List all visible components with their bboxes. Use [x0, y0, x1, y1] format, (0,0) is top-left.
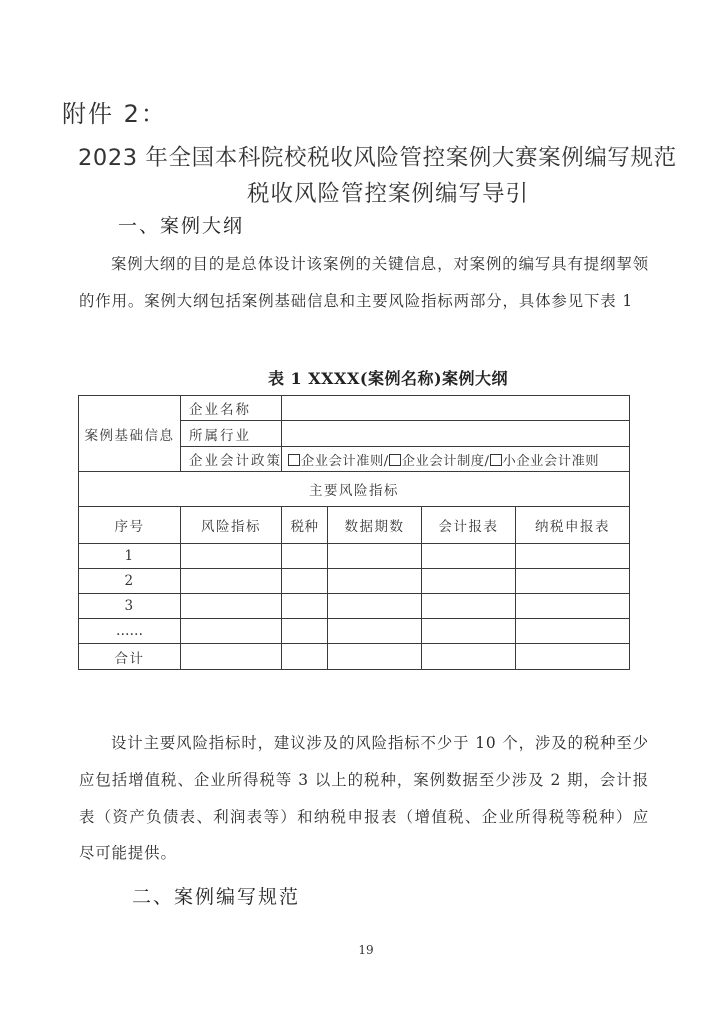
- cell: 合计: [79, 644, 181, 670]
- company-name-label: 企业名称: [181, 396, 282, 421]
- cell: [516, 644, 630, 670]
- cell: [181, 544, 282, 569]
- cell: 3: [79, 594, 181, 619]
- cell: [181, 569, 282, 594]
- cell: [328, 644, 422, 670]
- column-header: 会计报表: [422, 507, 516, 544]
- cell: [516, 619, 630, 644]
- column-header: 税种: [282, 507, 328, 544]
- checkbox-icon[interactable]: [288, 454, 300, 466]
- table-row: 1: [79, 544, 630, 569]
- cell: [516, 544, 630, 569]
- document-title: 2023 年全国本科院校税收风险管控案例大赛案例编写规范: [78, 140, 677, 172]
- column-header: 数据期数: [328, 507, 422, 544]
- column-header: 纳税申报表: [516, 507, 630, 544]
- risk-section-label: 主要风险指标: [79, 472, 630, 507]
- basic-info-label: 案例基础信息: [79, 396, 181, 472]
- cell: [422, 544, 516, 569]
- cell: ……: [79, 619, 181, 644]
- cell: [181, 619, 282, 644]
- cell: [282, 569, 328, 594]
- cell: 2: [79, 569, 181, 594]
- cell: [422, 644, 516, 670]
- checkbox-icon[interactable]: [389, 454, 401, 466]
- page-number: 19: [0, 943, 720, 957]
- industry-value: [282, 421, 630, 447]
- attachment-label: 附件 2：: [62, 94, 167, 129]
- cell: [181, 594, 282, 619]
- cell: [328, 569, 422, 594]
- table-row: 2: [79, 569, 630, 594]
- cell: [181, 644, 282, 670]
- cell: [422, 594, 516, 619]
- policy-option-2: 企业会计制度: [402, 454, 485, 469]
- cell: [328, 594, 422, 619]
- accounting-policy-options: 企业会计准则/企业会计制度/小企业会计准则: [282, 447, 630, 472]
- cell: 1: [79, 544, 181, 569]
- table-row: 合计: [79, 644, 630, 670]
- section-heading-outline: 一、案例大纲: [118, 211, 244, 238]
- cell: [282, 594, 328, 619]
- section-heading-writing-standards: 二、案例编写规范: [132, 882, 300, 909]
- case-outline-table: 案例基础信息 企业名称 所属行业 企业会计政策 企业会计准则/企业会计制度/小企…: [78, 395, 630, 670]
- policy-option-3: 小企业会计准则: [503, 454, 600, 469]
- cell: [282, 644, 328, 670]
- cell: [282, 544, 328, 569]
- cell: [328, 544, 422, 569]
- risk-indicator-guidance-paragraph: 设计主要风险指标时，建议涉及的风险指标不少于 10 个，涉及的税种至少应包括增值…: [79, 725, 649, 872]
- cell: [282, 619, 328, 644]
- cell: [328, 619, 422, 644]
- cell: [422, 619, 516, 644]
- industry-label: 所属行业: [181, 421, 282, 447]
- accounting-policy-label: 企业会计政策: [181, 447, 282, 472]
- company-name-value: [282, 396, 630, 421]
- cell: [516, 569, 630, 594]
- document-subtitle: 税收风险管控案例编写导引: [0, 176, 720, 208]
- table-row: ……: [79, 619, 630, 644]
- table-row: 3: [79, 594, 630, 619]
- outline-intro-paragraph: 案例大纲的目的是总体设计该案例的关键信息，对案例的编写具有提纲挈领的作用。案例大…: [79, 246, 649, 319]
- cell: [516, 594, 630, 619]
- table-caption: 表 1 XXXX(案例名称)案例大纲: [0, 366, 720, 389]
- cell: [422, 569, 516, 594]
- policy-option-1: 企业会计准则: [301, 454, 384, 469]
- checkbox-icon[interactable]: [490, 454, 502, 466]
- column-header: 风险指标: [181, 507, 282, 544]
- column-header: 序号: [79, 507, 181, 544]
